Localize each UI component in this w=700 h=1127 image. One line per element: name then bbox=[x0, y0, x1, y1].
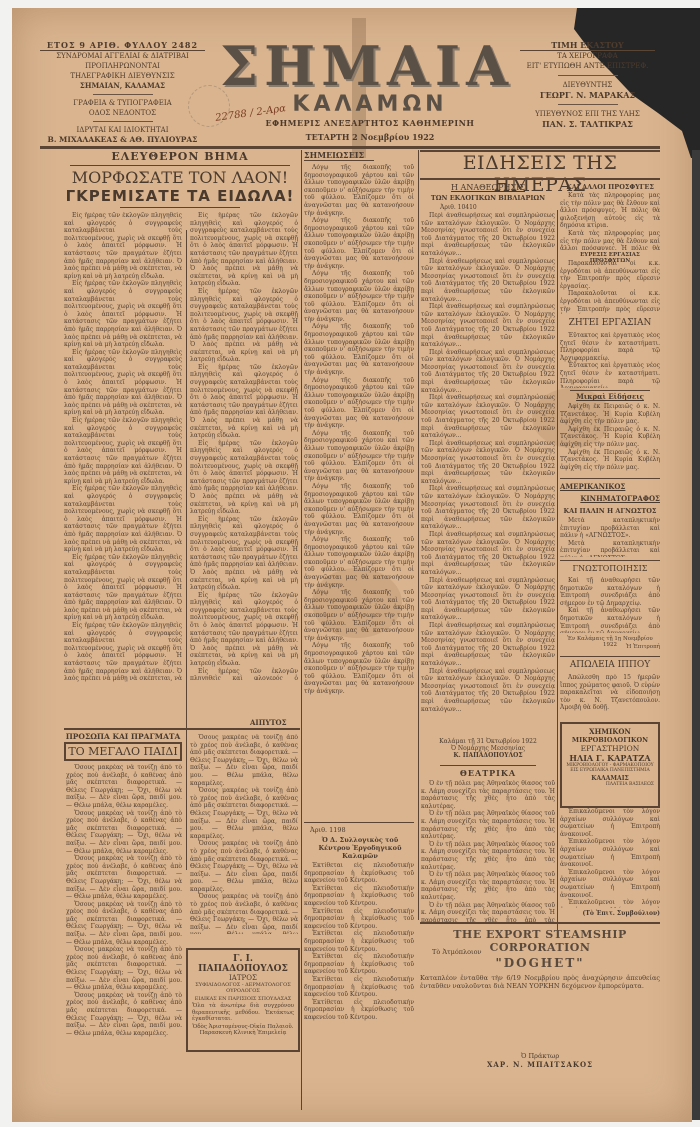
office-line: ΓΡΑΦΕΙΑ & ΤΥΠΟΓΡΑΦΕΙΑ bbox=[40, 98, 205, 108]
manuscript-line: ΤΑ ΧΕΙΡΟΓΡΑΦΑ bbox=[520, 51, 655, 61]
doctor-title: ΙΑΤΡΟΣ bbox=[188, 974, 298, 982]
lab-line: ΕΡΓΑΣΤΗΡΙΟΝ bbox=[562, 744, 658, 753]
refugees-body: Κατὰ τὰς πληροφορίας μας εἰς τὴν πόλιν μ… bbox=[560, 192, 660, 250]
headline-idols: ΓΚΡΕΜΙΣΑΤΕ ΤΑ ΕΙΔΩΛΑ! bbox=[60, 187, 300, 205]
lab-line: ΧΗΜΙΚΟΝ bbox=[562, 727, 658, 736]
revision-ref: Ἀριθ. 10410 bbox=[440, 204, 477, 211]
column-divider bbox=[186, 230, 187, 870]
article-body-continued: Ὅσους μακρέας νὰ τονίζῃ ἀπὸ τὸ χρέος ποὺ… bbox=[190, 734, 298, 934]
shipping-signer-label: Ὁ Πράκτωρ bbox=[420, 1052, 660, 1060]
issue-number: ΕΤΟΣ 9 ΑΡΙΘ. ΦΥΛΛΟΥ 2482 bbox=[40, 40, 205, 51]
headline-educate: ΜΟΡΦΩΣΑΤΕ ΤΟΝ ΛΑΟΝ! bbox=[60, 168, 300, 187]
director-label: ΔΙΕΥΘΥΝΤΗΣ bbox=[520, 80, 655, 90]
section-theatre: ΘΕΑΤΡΙΚΑ bbox=[421, 768, 555, 778]
doctor-address: Ὁδὸς Ἀριστομένους-Οἰκία Παλαιοῦ. bbox=[188, 1024, 298, 1030]
seeking-work-heading: ΖΗΤΕΙ ΕΡΓΑΣΙΑΝ bbox=[560, 318, 660, 328]
lab-owner: ΗΛΙΑ Γ. ΚΑΡΑΤΖΑ bbox=[562, 753, 658, 763]
announcement-body: Καὶ τῇ ἀναθεωρήσει τῶν δημοτικῶν καταλόγ… bbox=[560, 577, 660, 633]
subheadline-revision: ΤΩΝ ΕΚΛΟΓΙΚΩΝ ΒΙΒΛΙΑΡΙΩΝ bbox=[420, 194, 556, 202]
cinema-name-1: ΑΜΕΡΙΚΑΝΙΚΟΣ bbox=[560, 482, 660, 491]
column-divider bbox=[557, 210, 558, 930]
lab-address: ΠΛΑΤΕΙΑ ΒΑΣΙΛΕΩΣ bbox=[562, 782, 658, 787]
cinema-body: Μετὰ καταπληκτικὴν ἐπιτυχίαν προβάλλεται… bbox=[560, 517, 660, 557]
founders-label: ΙΔΡΥΤΑΙ ΚΑΙ ΙΔΙΟΚΤΗΤΑΙ bbox=[40, 125, 205, 135]
subscription-line: ΣΥΝΔΡΟΜΑΙ ΑΓΓΕΛΙΑΙ & ΔΙΑΤΡΙΒΑΙ bbox=[40, 51, 205, 61]
shipping-body: Καταπλέον ἐνταῦθα τὴν 6/19 Νοεμβρίου πρὸ… bbox=[420, 974, 660, 998]
lab-sub: ΕΙΣ ΕΥΡΩΠΑΙΚΑ ΠΑΝΕΠΙΣΤΗΜΙΑ bbox=[562, 768, 658, 773]
lab-line: ΜΙΚΡΟΒΙΟΛΟΓΙΚΟΝ bbox=[562, 736, 658, 744]
director-name: ΓΕΩΡΓ. Ν. ΜΑΡΑΚΑΣ bbox=[520, 90, 655, 100]
masthead-rule bbox=[40, 146, 660, 149]
doctor-specialty: ΣΥΦΙΛΙΔΟΛΟΓΟΣ - ΔΕΡΜΑΤΟΛΟΓΟΣ ΟΥΡΟΛΟΓΟΣ bbox=[188, 982, 298, 994]
section-notes: ΣΗΜΕΙΩΣΕΙΣ bbox=[304, 150, 374, 161]
lab-city: ΚΑΛΑΜΑΙΣ bbox=[562, 775, 658, 782]
masthead-left-box: ΕΤΟΣ 9 ΑΡΙΘ. ΦΥΛΛΟΥ 2482 ΣΥΝΔΡΟΜΑΙ ΑΓΓΕΛ… bbox=[40, 40, 205, 145]
place-date: Καλάμαι τῇ 31 Ὀκτωβρίου 1922 bbox=[421, 738, 555, 745]
founders: Β. ΜΙΧΑΛΑΚΕΑΣ & ΑΘ. ΠΥΛΙΟΥΡΑΣ bbox=[40, 135, 205, 145]
newspaper-title: ΣΗΜΑΙΑ bbox=[220, 38, 510, 94]
scan-edge bbox=[692, 150, 700, 1120]
doctor-advertisement: Γ. Ι. ΠΑΠΑΔΟΠΟΥΛΟΣ ΙΑΤΡΟΣ ΣΥΦΙΛΙΔΟΛΟΓΟΣ … bbox=[186, 948, 300, 1052]
notice-title: Ὁ Δ. Συλλογικὸς τοῦ Κέντρου Ἐργοδηγικοῦ … bbox=[306, 836, 414, 860]
editor-label: ΥΠΕΥΘΥΝΟΣ ΕΠΙ ΤΗΣ ΥΛΗΣ bbox=[520, 109, 655, 119]
notice-ref: Ἀριθ. 1198 bbox=[310, 826, 346, 834]
laboratory-advertisement: ΧΗΜΙΚΟΝ ΜΙΚΡΟΒΙΟΛΟΓΙΚΟΝ ΕΡΓΑΣΤΗΡΙΟΝ ΗΛΙΑ… bbox=[560, 722, 660, 808]
shipping-intro: Τὸ Ἀτμόπλοιον bbox=[432, 948, 481, 956]
doctor-footer: Παρασκευὴ Κλινικὴ Ἐπιμελείᾳ bbox=[188, 1030, 298, 1036]
article-body: Εἰς ἡμέρας τῶν ἐκλογῶν πληγηθεὶς καὶ φλο… bbox=[64, 212, 182, 682]
column-divider bbox=[418, 150, 419, 920]
issue-date: ΤΕΤΑΡΤΗ 2 Νοεμβρίου 1922 bbox=[240, 132, 500, 142]
cinema-feature: ΚΑΙ ΠΑΛΙΝ Η ΑΓΝΩΣΤΟΣ bbox=[560, 507, 660, 515]
column-divider bbox=[301, 150, 302, 1110]
cinema-name-2: ΚΙΝΗΜΑΤΟΓΡΑΦΟΣ bbox=[560, 494, 660, 503]
horse-loss-heading: ΑΠΩΛΕΙΑ ΙΠΠΟΥ bbox=[560, 660, 660, 670]
announcement-heading: ΓΝΩΣΤΟΠΟΙΗΣΙΣ bbox=[560, 564, 660, 573]
signer-label: Ὁ Νομάρχης Μεσσηνίας bbox=[421, 745, 555, 752]
manuscript-line: ΕΙΤ' ΕΤΥΠΩΘΗ ΑΝΤΕ ΕΠΙΣΤΡΕΦ. bbox=[520, 61, 655, 71]
article-body-continued: Εἰς ἡμέρας τῶν ἐκλογῶν πληγηθεὶς καὶ φλο… bbox=[190, 212, 298, 680]
committee-signature: (Τὸ Ἐπιτ. Συμβούλιον) bbox=[540, 910, 660, 917]
doctor-body: Ὅλα τὰ ἀνωτέρω διὰ συγχρόνου θεραπευτικῆ… bbox=[188, 1002, 298, 1024]
doctor-name: Γ. Ι. ΠΑΠΑΔΟΠΟΥΛΟΣ bbox=[188, 954, 298, 974]
masthead-right-box: ΤΙΜΗ ΕΚΑΣΤΟΥ ΤΑ ΧΕΙΡΟΓΡΑΦΑ ΕΙΤ' ΕΤΥΠΩΘΗ … bbox=[520, 40, 655, 129]
committee-body: Ἐπικαλοῦμενοι τὸν λόγον ἀρχαίων συλλόγων… bbox=[560, 808, 660, 908]
subscription-line: ΤΗΛΕΓΡΑΦΙΚΗ ΔΙΕΥΘΥΝΣΙΣ bbox=[40, 71, 205, 81]
headline-refugees: ΚΑΙ ΑΛΛΟΙ ΠΡΟΣΦΥΓΕΣ bbox=[560, 183, 660, 191]
section-free-tribune: ΕΛΕΥΘΕΡΟΝ ΒΗΜΑ bbox=[60, 150, 300, 163]
refugee-work-body: Παρακαλοῦνται οἱ κ.κ. ἐργοδόται νὰ ἀπευθ… bbox=[560, 260, 660, 314]
headline-big-child: ΤΟ ΜΕΓΑΛΟ ΠΑΙΔΙ bbox=[64, 742, 182, 761]
shipping-signer: ΧΑΡ. Ν. ΜΠΑΙΤΣΑΚΟΣ bbox=[420, 1060, 660, 1069]
subscription-line: ΠΡΟΠΛΗΡΩΝΟΝΤΑΙ bbox=[40, 61, 205, 71]
section-persons-things: ΠΡΟΣΩΠΑ ΚΑΙ ΠΡΑΓΜΑΤΑ bbox=[64, 732, 182, 741]
revision-signoff: Καλάμαι τῇ 31 Ὀκτωβρίου 1922 Ὁ Νομάρχης … bbox=[421, 738, 555, 759]
announcement-signer: Ἡ Ἐπιτροπή bbox=[560, 644, 660, 650]
theatre-body: Ὁ ἐν τῇ πόλει μας Ἀθηναϊκὸς θίασος τοῦ κ… bbox=[421, 780, 555, 922]
signer-name: Κ. ΠΑΠΑΔΟΠΟΥΛΟΣ bbox=[421, 752, 555, 759]
seeking-work-body: Ἐὔτακτος καὶ ἐργατικὸς νέος ζητεῖ θέσιν … bbox=[560, 332, 660, 388]
article-body: Ὅσους μακρέας νὰ τονίζῃ ἀπὸ τὸ χρέος ποὺ… bbox=[66, 764, 182, 1109]
tagline: ΕΦΗΜΕΡΙΣ ΑΝΕΞΑΡΤΗΤΟΣ ΚΑΘΗΜΕΡΙΝΗ bbox=[240, 118, 500, 128]
notice-body: Ἐκτίθεται εἰς πλειοδοτικὴν δημοπρασίαν ἡ… bbox=[304, 862, 414, 1107]
notes-body: Λόγῳ τῆς διακοπῆς τοῦ δημοσιογραφικοῦ χά… bbox=[304, 164, 414, 794]
article-signature: ΑΙΠΥΤΟΣ bbox=[250, 718, 287, 727]
horse-loss-body: Ἀπώλεσθη πρὸ 15 ἡμερῶν ἵππος χρώματος φα… bbox=[560, 674, 660, 718]
office-line: ΟΔΟΣ ΝΕΔΟΝΤΟΣ bbox=[40, 108, 205, 118]
revision-body: Περὶ ἀναθεωρήσεως καὶ συμπληρώσεως τῶν κ… bbox=[421, 212, 555, 732]
price-label: ΤΙΜΗ ΕΚΑΣΤΟΥ bbox=[520, 40, 655, 51]
small-news-heading: Μικραὶ Εἰδήσεις bbox=[560, 392, 660, 401]
doctor-studies: ΕΙΔΙΚΑΣ ΕΝ ΠΑΡΙΣΙΟΙΣ ΣΠΟΥΔΑΣΑΣ bbox=[188, 996, 298, 1002]
editor-name: ΠΑΝ. Σ. ΤΑΛΤΙΚΡΑΣ bbox=[520, 119, 655, 129]
ship-name: "DOGHET" bbox=[420, 956, 660, 970]
telegraph-address: ΣΗΜΑΙΑΝ, ΚΑΛΑΜΑΣ bbox=[40, 81, 205, 91]
headline-revision: Η ΑΝΑΘΕΩΡΗΣΙΣ bbox=[420, 183, 556, 192]
small-news-body: Ἀφίχθη ἐκ Πειραιῶς ὁ κ. Ν. Τζανετάκος. Ἡ… bbox=[560, 403, 660, 475]
